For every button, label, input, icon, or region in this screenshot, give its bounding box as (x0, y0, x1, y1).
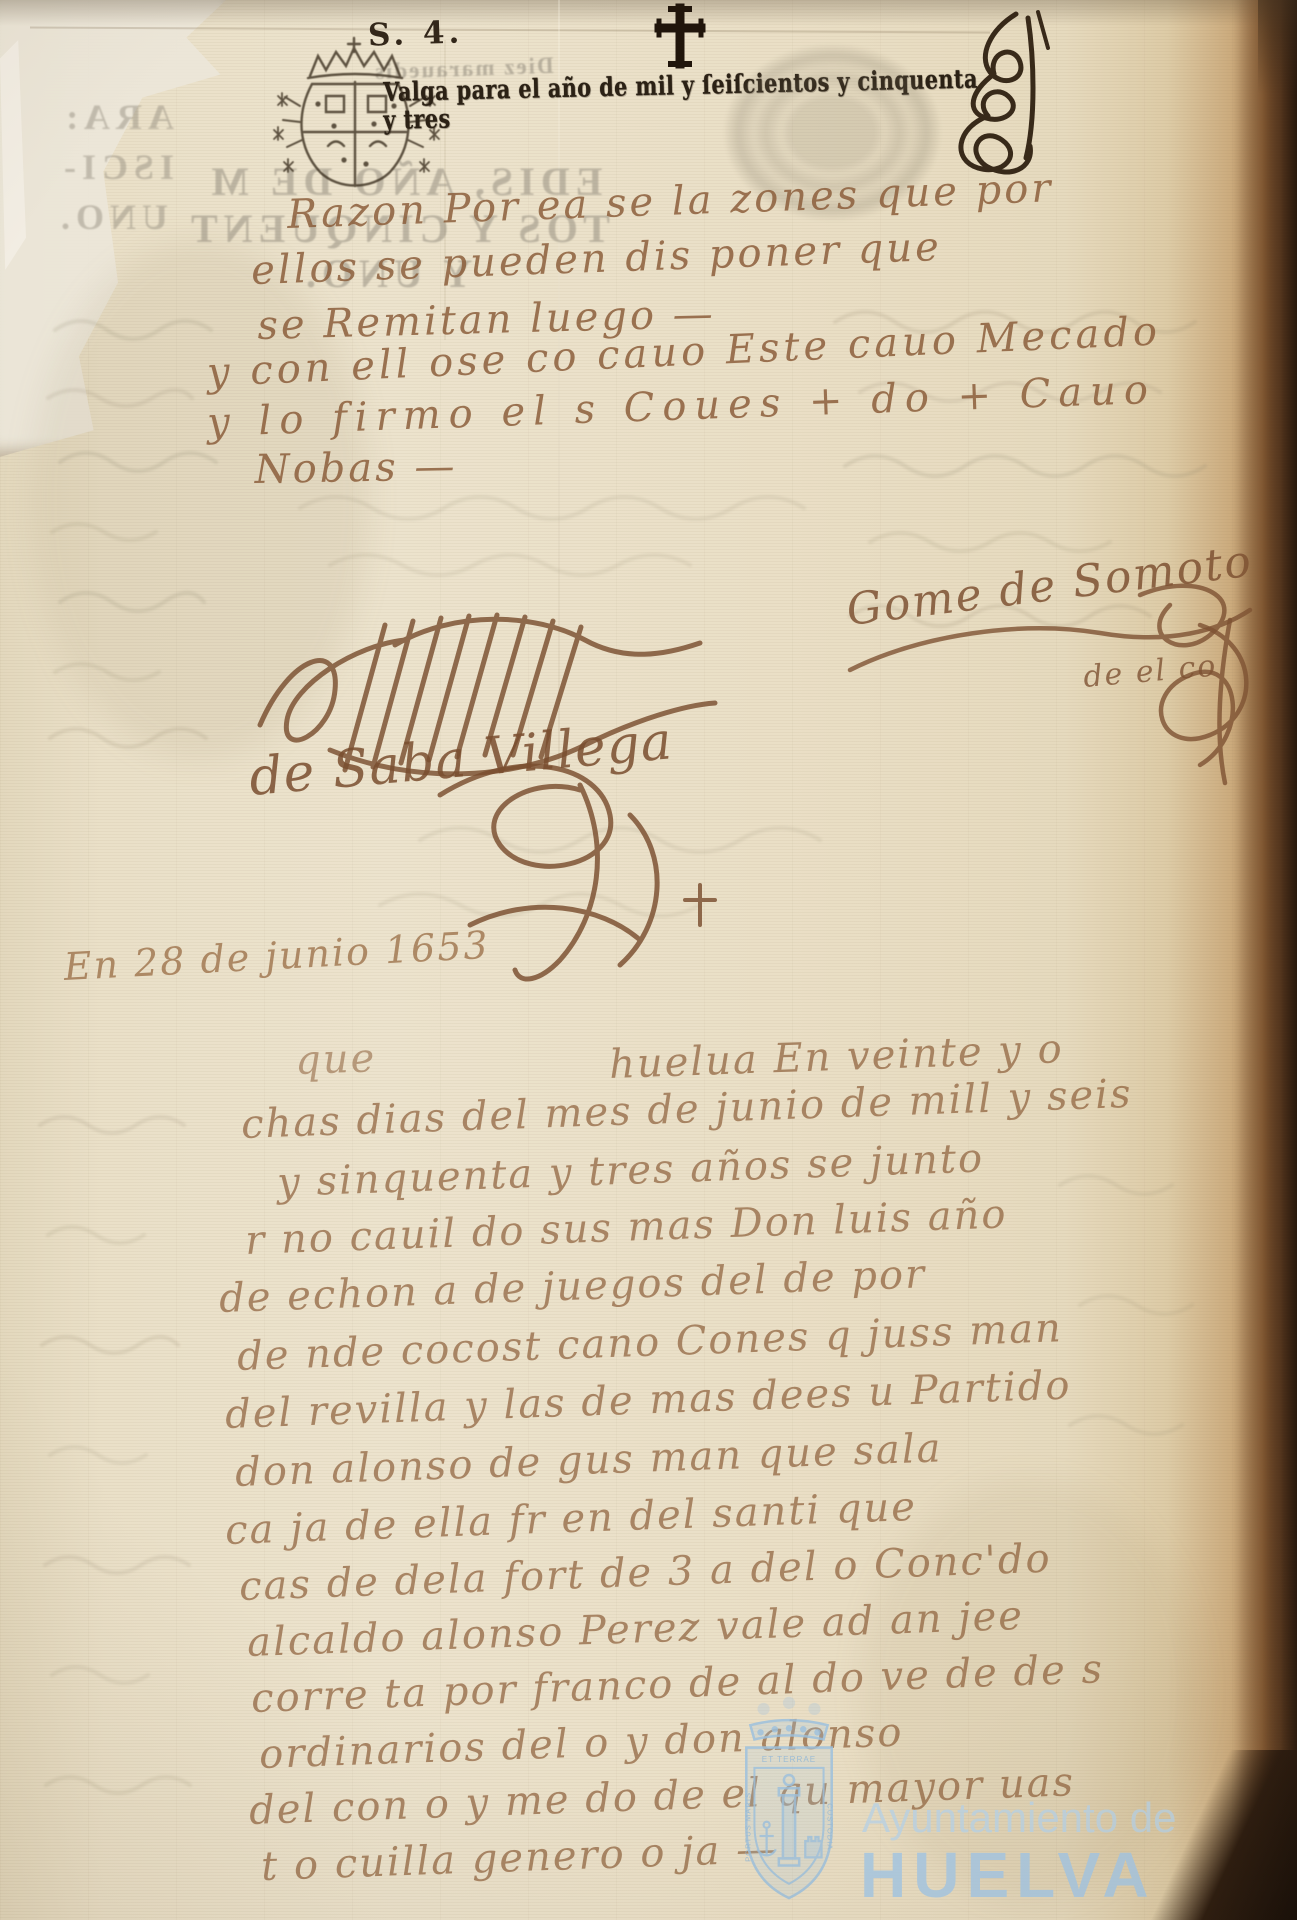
signature-loop-flourish (1130, 615, 1280, 790)
acta-line: de echon a de juegos del de por (218, 1251, 926, 1322)
shield-motto-right: CUSTODIA (826, 1803, 835, 1850)
watermark-org-name: HUELVA (860, 1838, 1156, 1912)
top-edge-shadow (0, 0, 1297, 26)
bleedthrough-caps-fragment: ARA: (60, 96, 174, 138)
acta-line: don alonso de gus man que sala (234, 1425, 943, 1496)
bleedthrough-caps-fragment: UNO. (55, 196, 168, 238)
shield-motto-left: PORTUS MARIS (743, 1792, 752, 1862)
shield-motto-top: ET TERRAE (762, 1755, 816, 1764)
huelva-watermark: ET TERRAE PORTUS MARIS CUSTODIA Ayuntami… (700, 1690, 1240, 1918)
acta-line: que (294, 1035, 377, 1084)
huelva-shield-logo: ET TERRAE PORTUS MARIS CUSTODIA (728, 1694, 850, 1914)
printed-stamp-line2: y tres (383, 104, 451, 136)
watermark-org-prefix: Ayuntamiento de (862, 1794, 1176, 1842)
binding-edge-shadow (1238, 0, 1297, 1920)
note-line: Nobas — (254, 443, 458, 493)
bleedthrough-caps-fragment: ISCI- (58, 146, 174, 188)
manuscript-scan-page: Diez marauedis EDIS, AÑO DE M TOS Y CINQ… (0, 0, 1297, 1920)
cross-icon (652, 4, 708, 70)
